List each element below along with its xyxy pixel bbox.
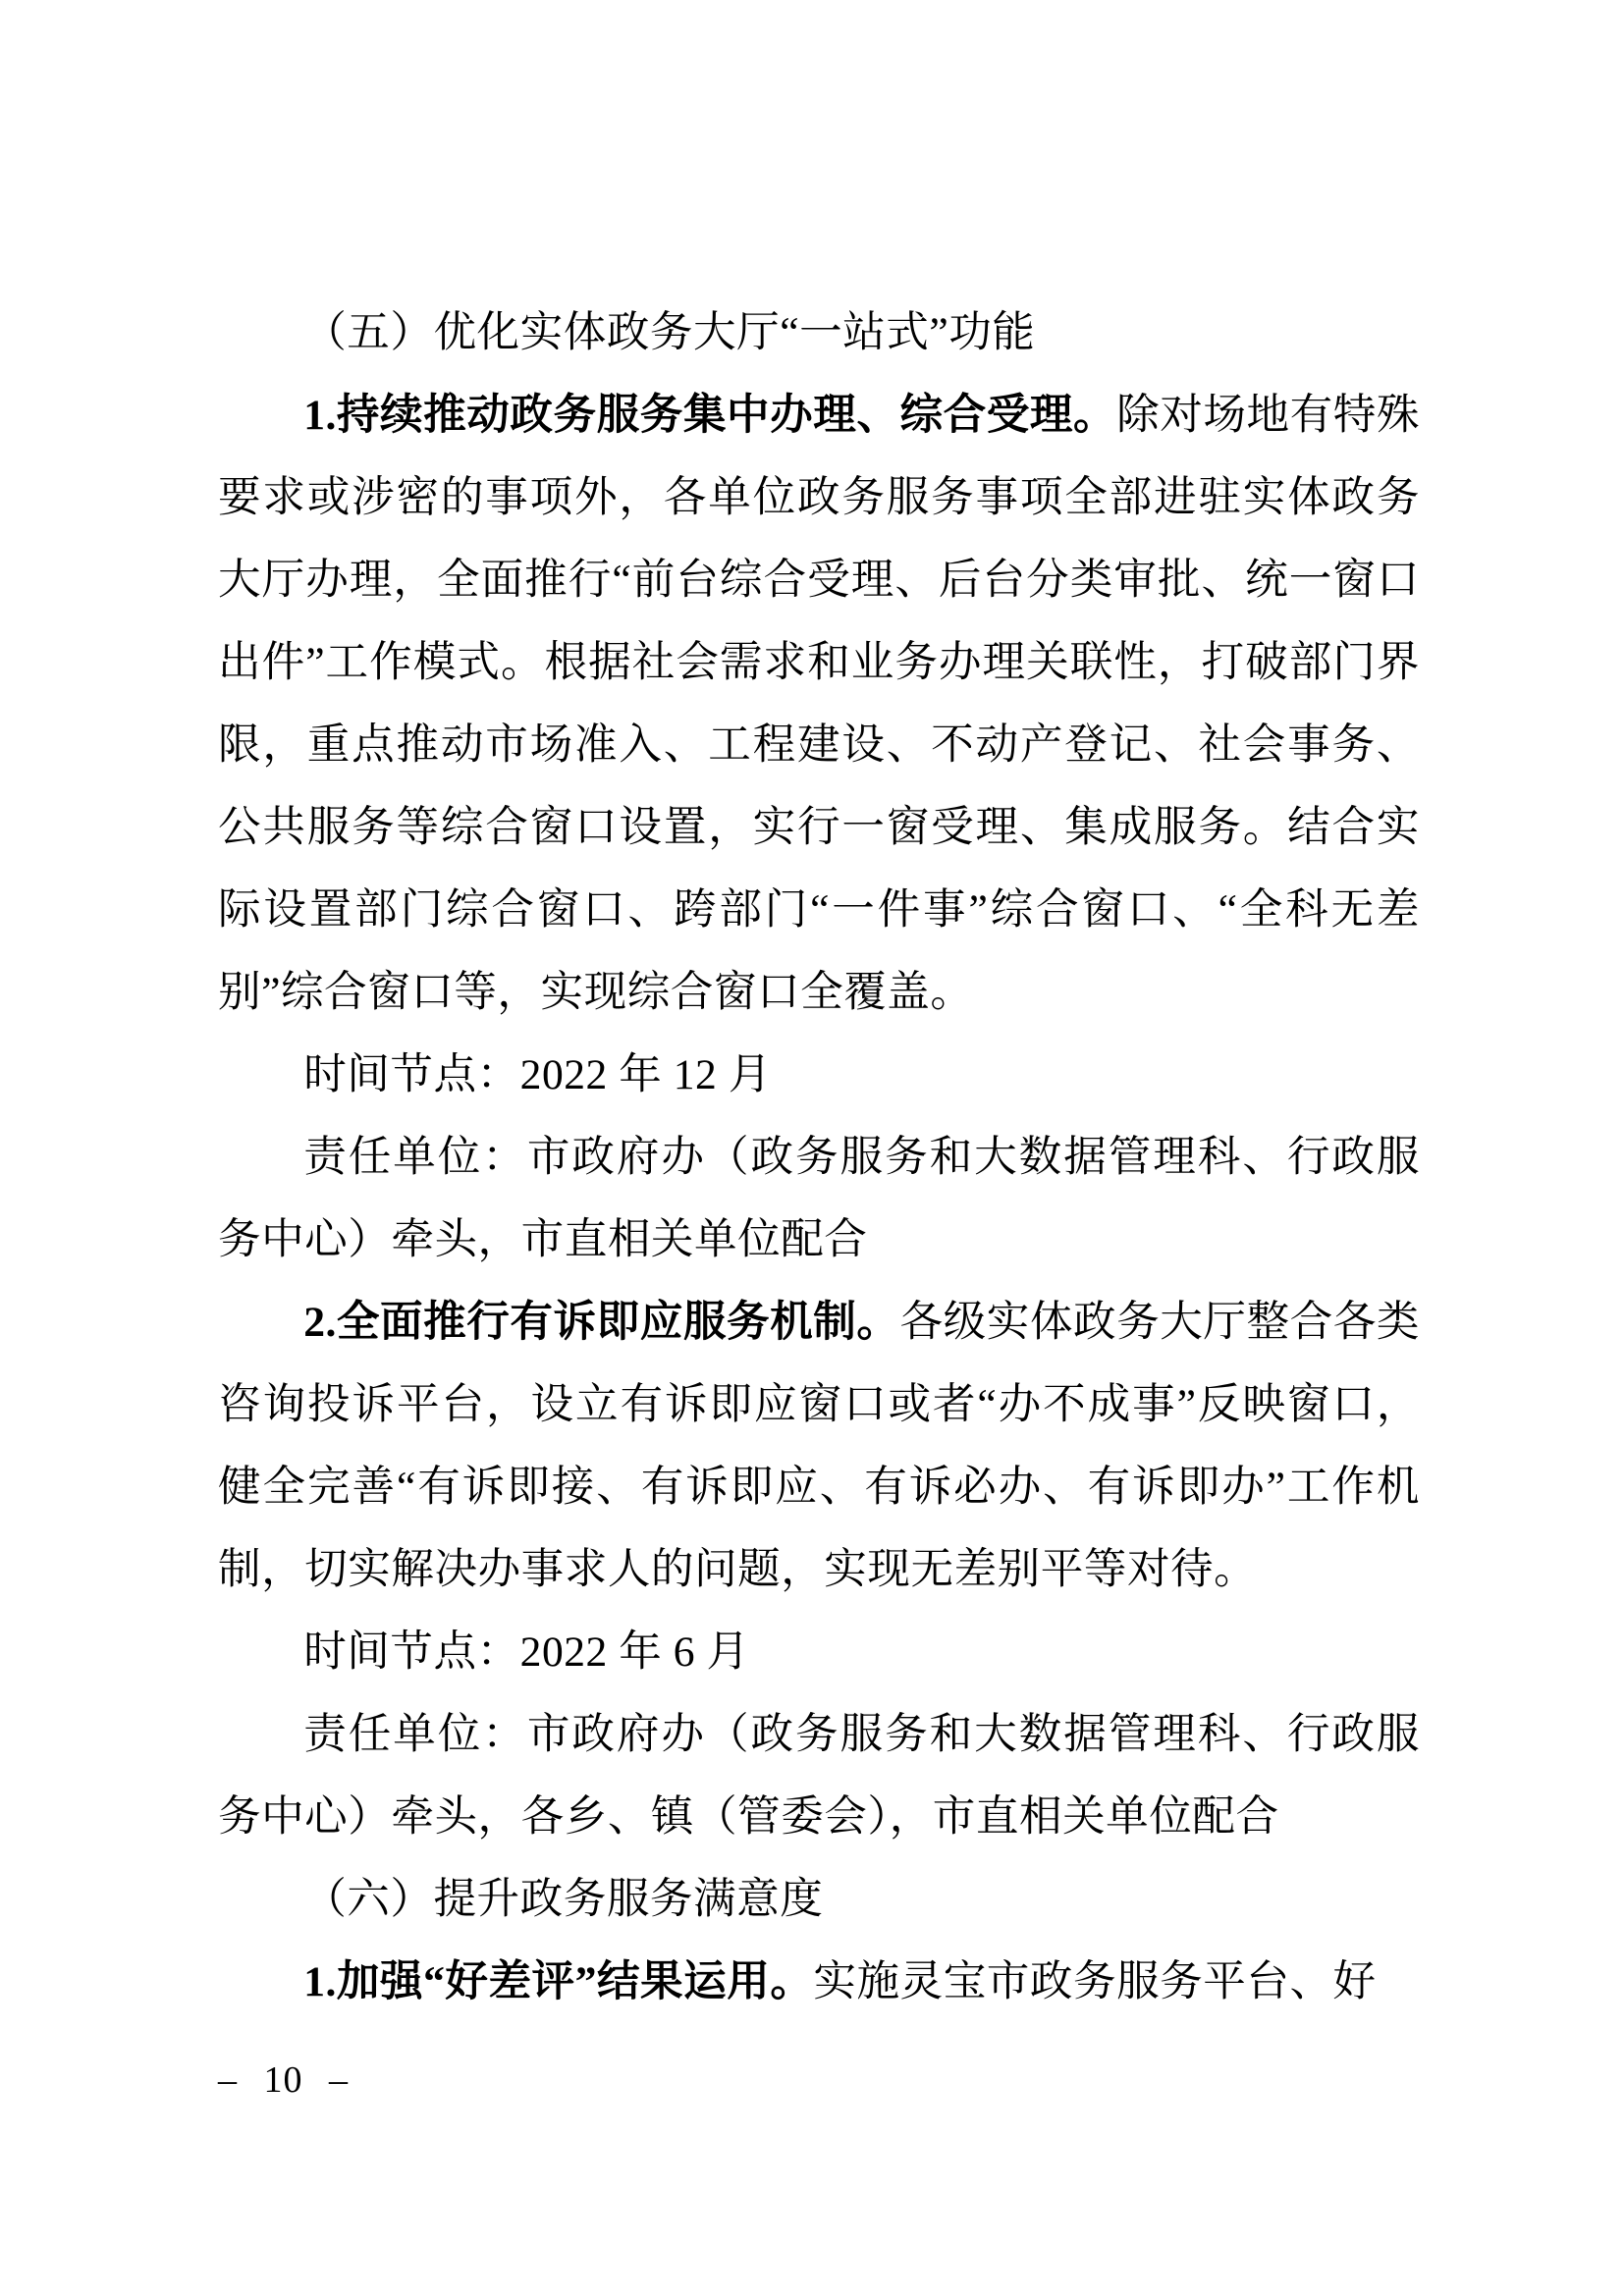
section-6-paragraph-1-lead: 1.加强“好差评”结果运用。 — [303, 1958, 813, 2005]
section-6-paragraph-1-body: 实施灵宝市政务服务平台、好 — [813, 1958, 1376, 2005]
section-6-heading: （六）提升政务服务满意度 — [218, 1858, 1420, 1941]
section-6-paragraph-1: 1.加强“好差评”结果运用。实施灵宝市政务服务平台、好 — [218, 1941, 1420, 2023]
section-5-time-node-1: 时间节点：2022 年 12 月 — [218, 1034, 1420, 1116]
section-5-paragraph-1-body: 除对场地有特殊要求或涉密的事项外，各单位政务服务事项全部进驻实体政务大厅办理，全… — [218, 392, 1420, 1016]
section-5-paragraph-1: 1.持续推动政务服务集中办理、综合受理。除对场地有特殊要求或涉密的事项外，各单位… — [218, 374, 1420, 1034]
page-number: – 10 – — [218, 2058, 349, 2102]
section-5-paragraph-2-lead: 2.全面推行有诉即应服务机制。 — [303, 1299, 899, 1346]
section-5-heading: （五）优化实体政务大厅“一站式”功能 — [218, 292, 1420, 374]
section-5-paragraph-1-lead: 1.持续推动政务服务集中办理、综合受理。 — [303, 392, 1116, 439]
section-5-responsible-unit-2: 责任单位：市政府办（政务服务和大数据管理科、行政服务中心）牵头，各乡、镇（管委会… — [218, 1693, 1420, 1858]
document-body: （五）优化实体政务大厅“一站式”功能 1.持续推动政务服务集中办理、综合受理。除… — [218, 292, 1420, 2023]
section-5-responsible-unit-1: 责任单位：市政府办（政务服务和大数据管理科、行政服务中心）牵头，市直相关单位配合 — [218, 1116, 1420, 1281]
section-5-time-node-2: 时间节点：2022 年 6 月 — [218, 1611, 1420, 1693]
section-5-paragraph-2: 2.全面推行有诉即应服务机制。各级实体政务大厅整合各类咨询投诉平台，设立有诉即应… — [218, 1281, 1420, 1611]
